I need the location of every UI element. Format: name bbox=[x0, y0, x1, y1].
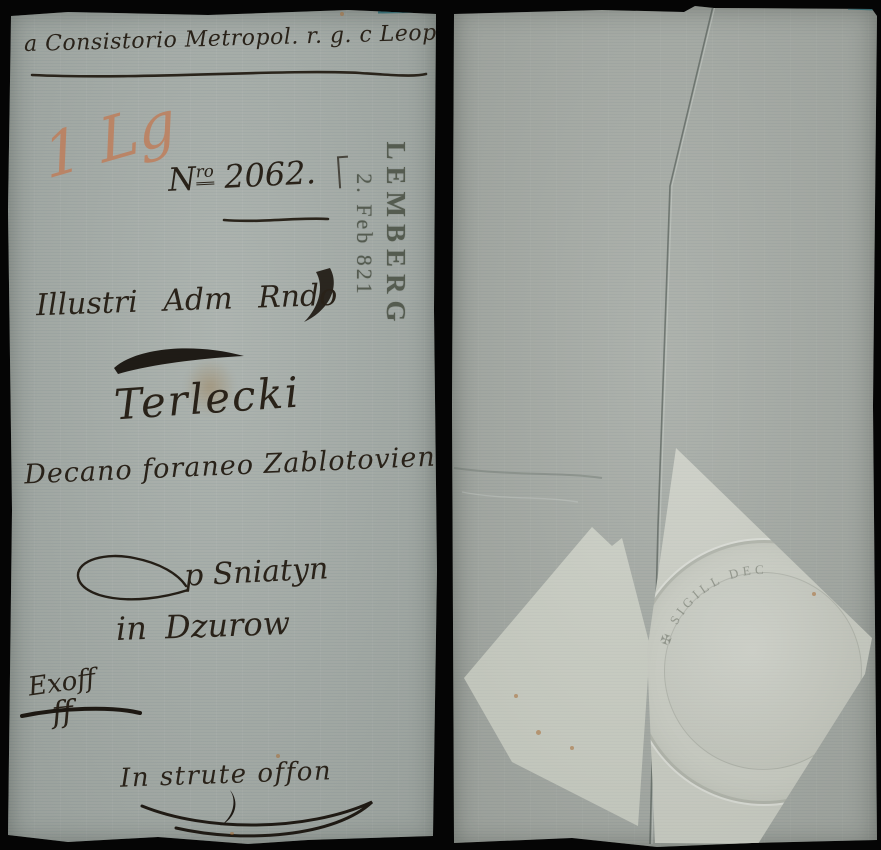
route-flourish bbox=[72, 546, 192, 610]
foxing-spot bbox=[276, 754, 280, 758]
postmark-town: LEMBERG bbox=[380, 136, 411, 334]
bottom-endorsement: In strute offon bbox=[120, 758, 333, 791]
registry-number-prefix: N bbox=[167, 159, 197, 198]
bracket-mark bbox=[337, 156, 350, 189]
foxing-spot bbox=[536, 730, 541, 735]
postmark-date: 2. Feb 821 bbox=[351, 136, 377, 334]
registry-number-underline bbox=[222, 214, 332, 226]
franchise-strike bbox=[20, 704, 145, 722]
address-title-line: Decano foraneo Zablotoviensi bbox=[24, 442, 461, 488]
auction-photo-of-historic-cover: a Consistorio Metropol. r. g. c Leopol 1… bbox=[0, 0, 881, 850]
address-place-line: in Dzurow bbox=[115, 607, 290, 645]
endorsement-flourish bbox=[136, 788, 386, 846]
registry-number-value: 2062. bbox=[223, 153, 316, 196]
front-cover: a Consistorio Metropol. r. g. c Leopol 1… bbox=[8, 10, 437, 844]
address-name: Terlecki bbox=[113, 372, 302, 427]
red-crayon-rate-mark: 1 Lg bbox=[40, 91, 179, 188]
docket-underline bbox=[30, 66, 430, 82]
foxing-spot bbox=[812, 592, 816, 596]
address-salutation: Illustri Adm Rndo bbox=[36, 281, 338, 321]
seal-arc-text: ✠ SIGILL DEC bbox=[657, 562, 767, 647]
back-cover: ✠ SIGILL DEC bbox=[452, 6, 877, 847]
svg-text:✠ SIGILL DEC: ✠ SIGILL DEC bbox=[657, 562, 767, 647]
registry-number: Nro 2062. bbox=[167, 156, 316, 196]
docket-line: a Consistorio Metropol. r. g. c Leopol bbox=[24, 22, 459, 56]
foxing-spot bbox=[230, 832, 234, 835]
teal-edge-artifact bbox=[378, 9, 436, 13]
foxing-spot bbox=[514, 694, 518, 698]
address-route-line: p Sniatyn bbox=[183, 554, 329, 592]
foxing-spot bbox=[340, 12, 344, 16]
registry-number-superscript: ro bbox=[195, 162, 214, 186]
foxing-spot bbox=[570, 746, 574, 750]
